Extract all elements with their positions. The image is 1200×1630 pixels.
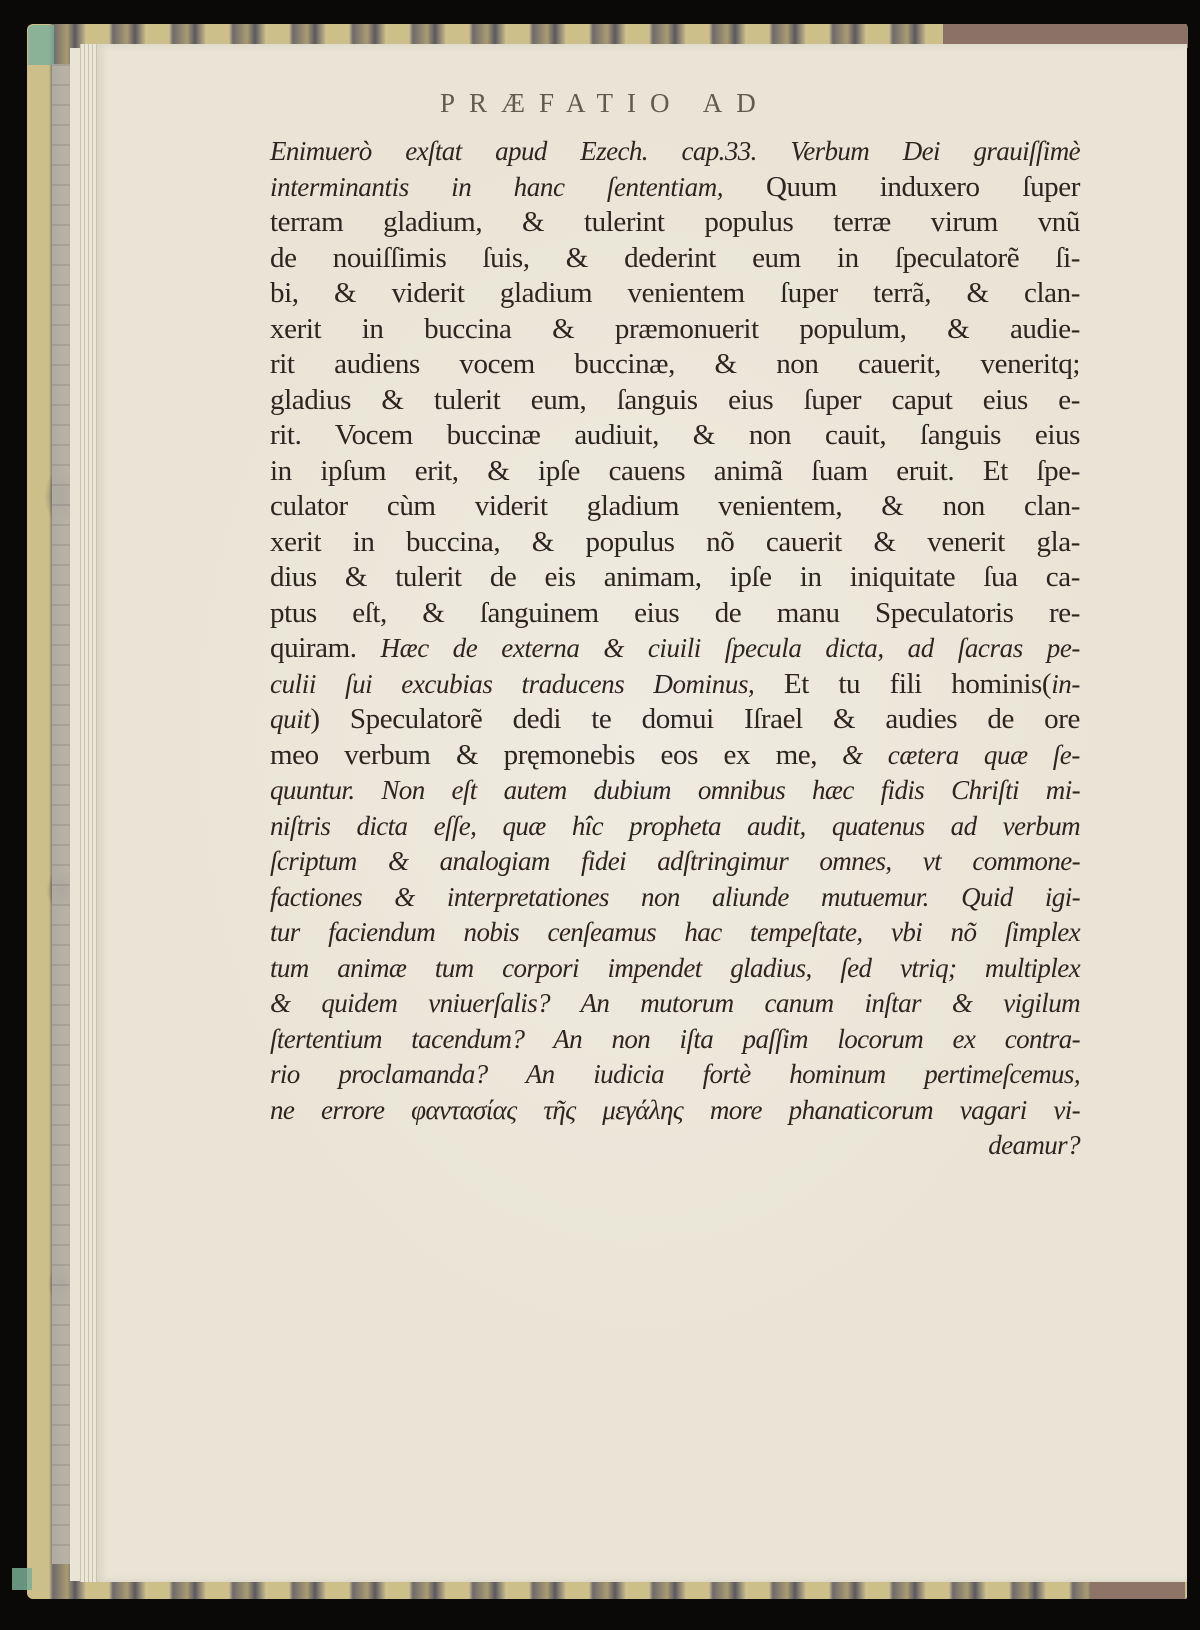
text-line: factiones & interpretationes non aliunde… (270, 880, 1080, 916)
text-line-final: deamur? (270, 1128, 1080, 1164)
spine-edge (52, 64, 70, 1564)
running-head: PRÆFATIO AD (440, 88, 770, 119)
text-line: de nouiſſimis ſuis, & dederint eum in ſp… (270, 241, 1080, 277)
text-line: xerit in buccina, & populus nõ cauerit &… (270, 525, 1080, 561)
text-line: ne errore φαντασίας τῆς μεγάλης more pha… (270, 1093, 1080, 1129)
text-line: rit. Vocem buccinæ audiuit, & non cauit,… (270, 418, 1080, 454)
text-line: rio proclamanda? An iudicia fortè hominu… (270, 1057, 1080, 1093)
text-line: xerit in buccina & præmonuerit populum, … (270, 312, 1080, 348)
body-text: Enimuerò exſtat apud Ezech. cap.33. Verb… (270, 134, 1080, 1164)
text-line: quiram. Hæc de externa & ciuili ſpecula … (270, 631, 1080, 667)
text-line: niſtris dicta eſſe, quæ hîc propheta aud… (270, 809, 1080, 845)
cover-leather-edge-bottom (1090, 1581, 1185, 1599)
text-line: ſcriptum & analogiam fidei adſtringimur … (270, 844, 1080, 880)
scanned-book-page: PRÆFATIO AD Enimuerò exſtat apud Ezech. … (0, 0, 1200, 1630)
cover-corner-top (28, 25, 54, 65)
text-line: quit) Speculatorẽ dedi te domui Iſrael &… (270, 702, 1080, 738)
text-line: tur faciendum nobis cenſeamus hac tempeſ… (270, 915, 1080, 951)
text-line: Enimuerò exſtat apud Ezech. cap.33. Verb… (270, 134, 1080, 170)
cover-corner-bottom (12, 1568, 32, 1590)
text-line: rit audiens vocem buccinæ, & non cauerit… (270, 347, 1080, 383)
text-line: bi, & viderit gladium venientem ſuper te… (270, 276, 1080, 312)
text-line: in ipſum erit, & ipſe cauens animã ſuam … (270, 454, 1080, 490)
text-line: gladius & tulerit eum, ſanguis eius ſupe… (270, 383, 1080, 419)
text-line: & quidem vniuerſalis? An mutorum canum i… (270, 986, 1080, 1022)
text-line: tum animæ tum corpori impendet gladius, … (270, 951, 1080, 987)
text-line: culii ſui excubias traducens Dominus, Et… (270, 667, 1080, 703)
text-line: ſtertentium tacendum? An non iſta paſſim… (270, 1022, 1080, 1058)
text-line: culator cùm viderit gladium venientem, &… (270, 489, 1080, 525)
text-line: ptus eſt, & ſanguinem eius de manu Specu… (270, 596, 1080, 632)
text-line: meo verbum & pręmonebis eos ex me, & cæt… (270, 738, 1080, 774)
text-line: terram gladium, & tulerint populus terræ… (270, 205, 1080, 241)
text-line: dius & tulerit de eis animam, ipſe in in… (270, 560, 1080, 596)
page-edges (80, 44, 98, 1582)
text-line: interminantis in hanc ſententiam, Quum i… (270, 170, 1080, 206)
text-line: quuntur. Non eſt autem dubium omnibus hæ… (270, 773, 1080, 809)
